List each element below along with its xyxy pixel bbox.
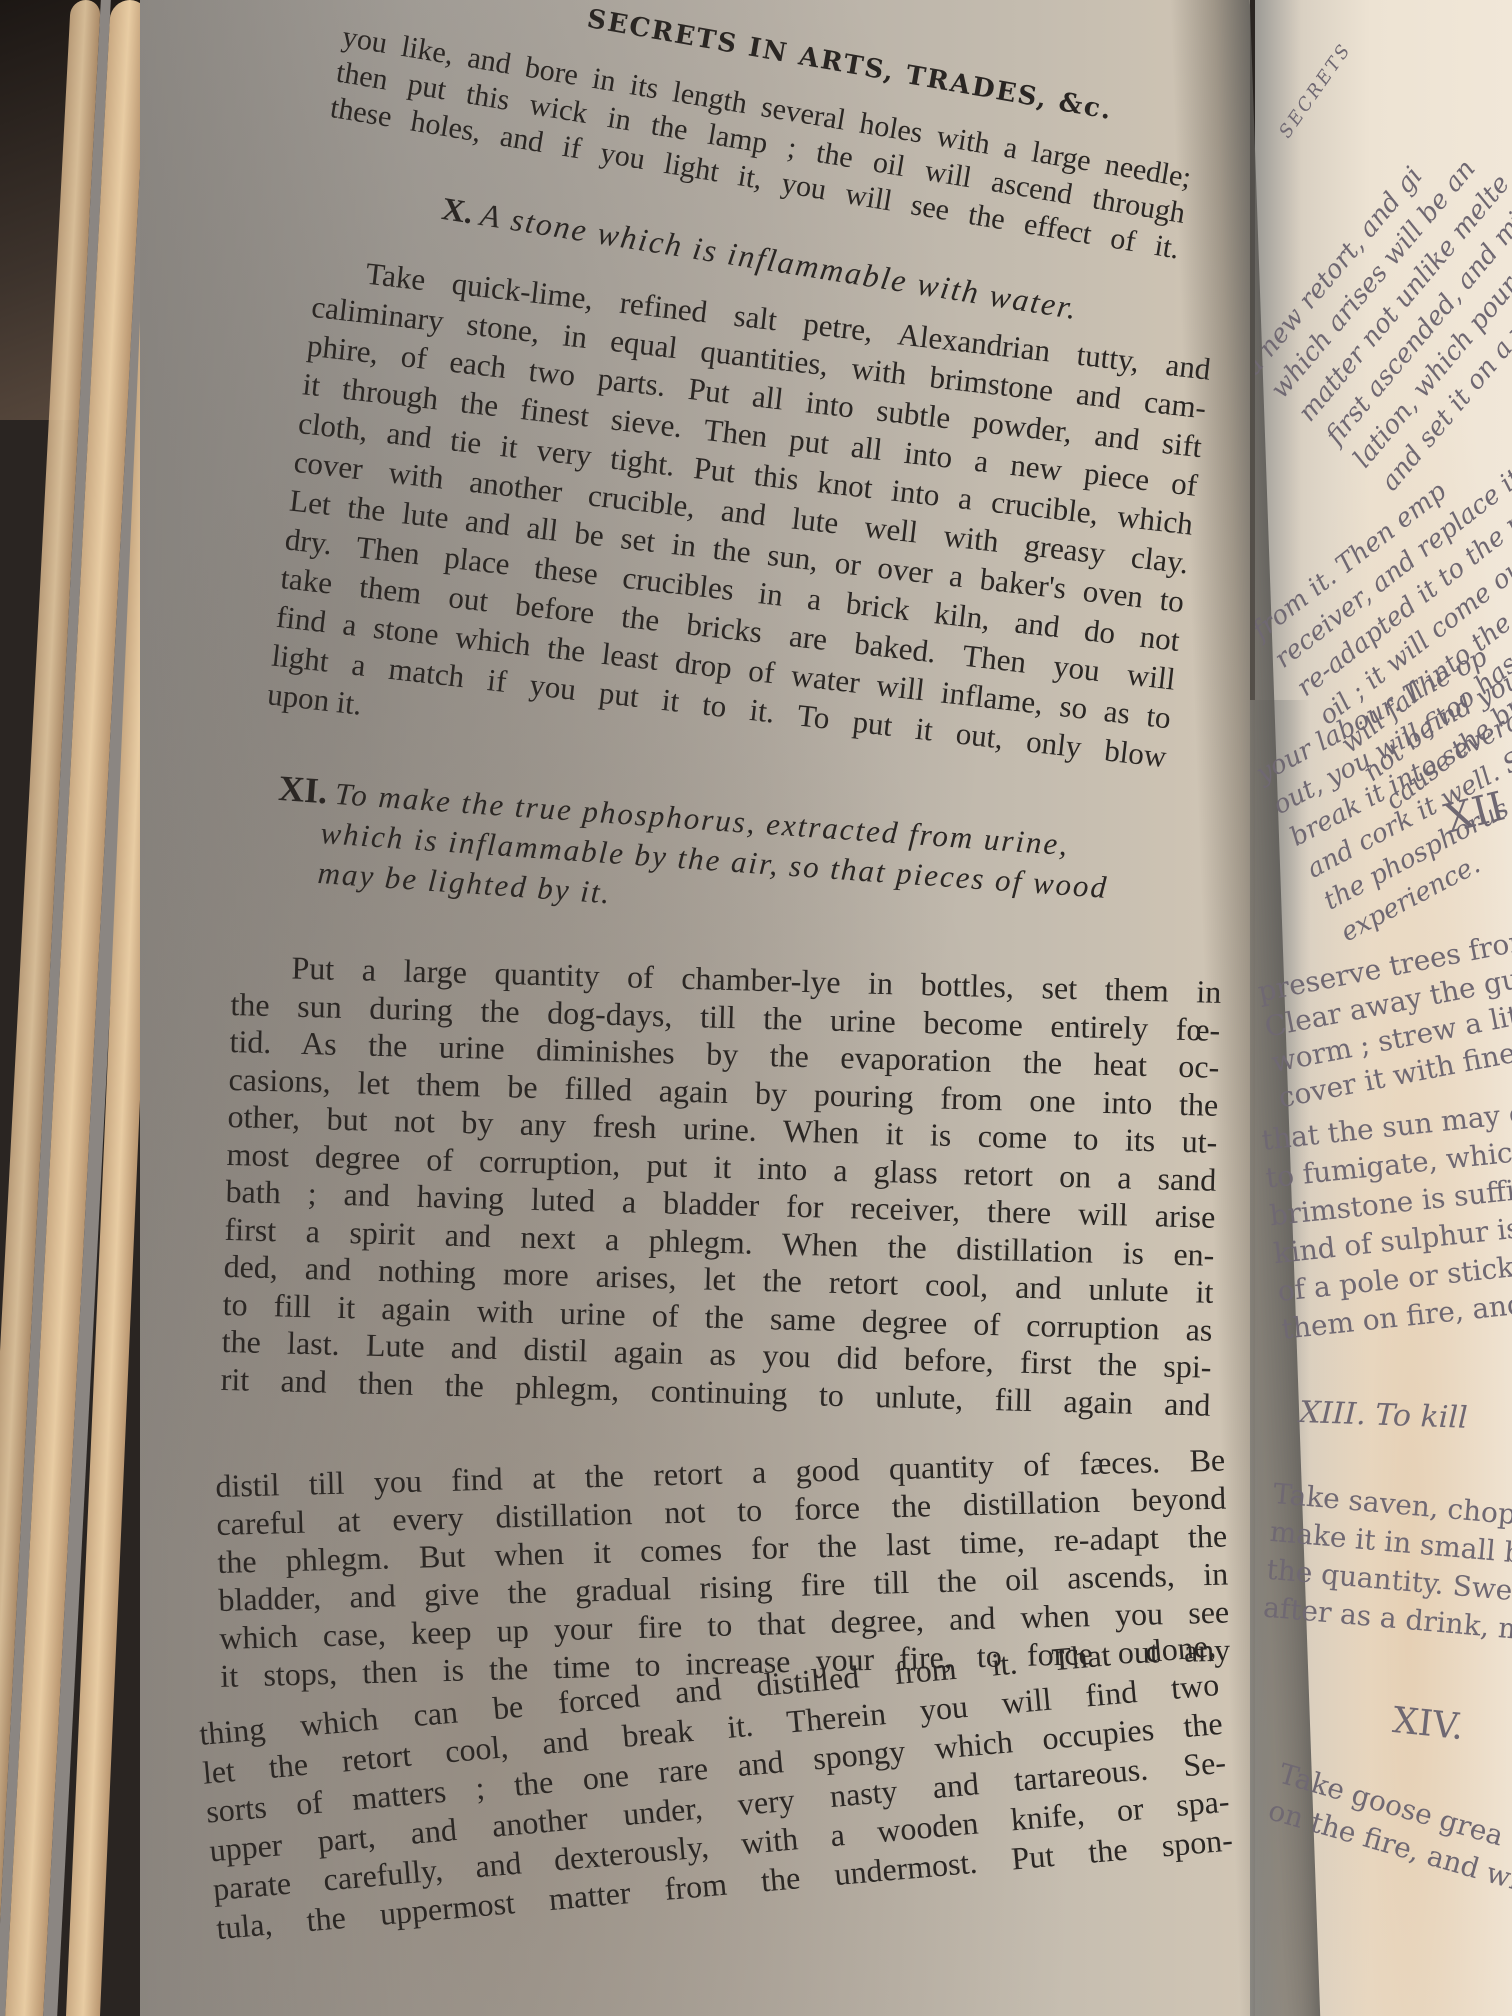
section-number: X. [439, 190, 475, 230]
section-xii-body-continued: that the sun may o to fumigate, which br… [1260, 1089, 1512, 1349]
section-xiii-heading: XIII. To kill [1299, 1395, 1468, 1436]
section-xiv-body: Take goose grea on the fire, and whe [1264, 1755, 1512, 1907]
section-xi-body: Put a large quantity of chamber-lye in b… [220, 950, 1221, 1426]
section-number: XI. [277, 768, 329, 811]
book-page-edges [0, 0, 160, 2016]
right-page-content: SECRETS a new retort, and gi which arise… [1255, 0, 1512, 2016]
section-xii-body: preserve trees from be Clear away the gu… [1255, 913, 1512, 1116]
section-xiv-heading: XIV. [1391, 1700, 1466, 1748]
right-running-head: SECRETS [1275, 39, 1356, 142]
section-xiii-body: Take saven, chop i make it in small ball… [1262, 1475, 1512, 1655]
